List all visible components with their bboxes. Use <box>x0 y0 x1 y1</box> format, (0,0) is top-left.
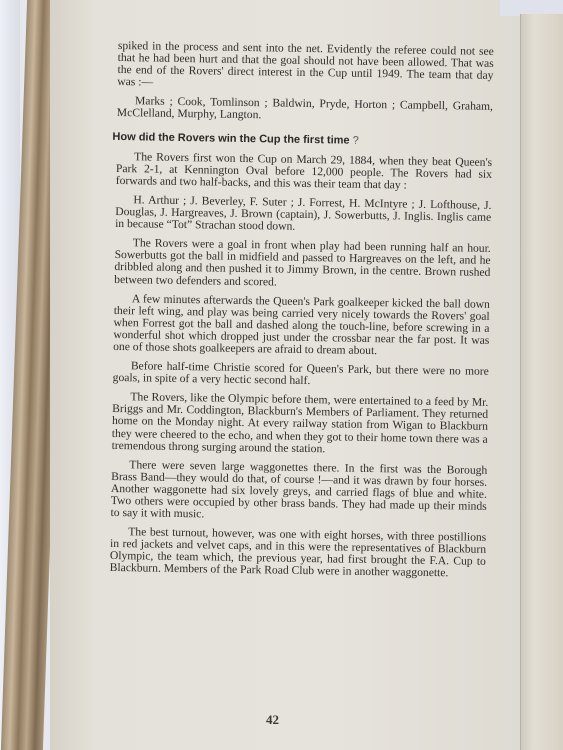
section-heading: How did the Rovers win the Cup the first… <box>112 130 492 148</box>
paragraph: The Rovers were a goal in front when pla… <box>114 237 491 291</box>
lineup-1949: Marks ; Cook, Tomlinson ; Baldwin, Pryde… <box>117 95 493 125</box>
paragraph: Before half-time Christie scored for Que… <box>113 360 489 390</box>
page-number: 42 <box>266 712 279 728</box>
lineup-1884: H. Arthur ; J. Beverley, F. Suter ; J. F… <box>115 194 492 236</box>
paragraph: A few minutes afterwards the Queen's Par… <box>113 293 490 359</box>
paragraph: The Rovers first won the Cup on March 29… <box>116 151 493 193</box>
heading-question-mark: ? <box>353 134 359 146</box>
continuation-paragraph: spiked in the process and sent into the … <box>117 40 494 94</box>
paragraph: There were seven large waggonettes there… <box>110 459 487 525</box>
paragraph: The best turnout, however, was one with … <box>110 526 487 580</box>
heading-text: How did the Rovers win the Cup the first… <box>112 130 349 146</box>
page-edges <box>520 14 563 750</box>
paragraph: The Rovers, like the Olympic before them… <box>112 391 489 457</box>
page-text: spiked in the process and sent into the … <box>109 40 493 587</box>
